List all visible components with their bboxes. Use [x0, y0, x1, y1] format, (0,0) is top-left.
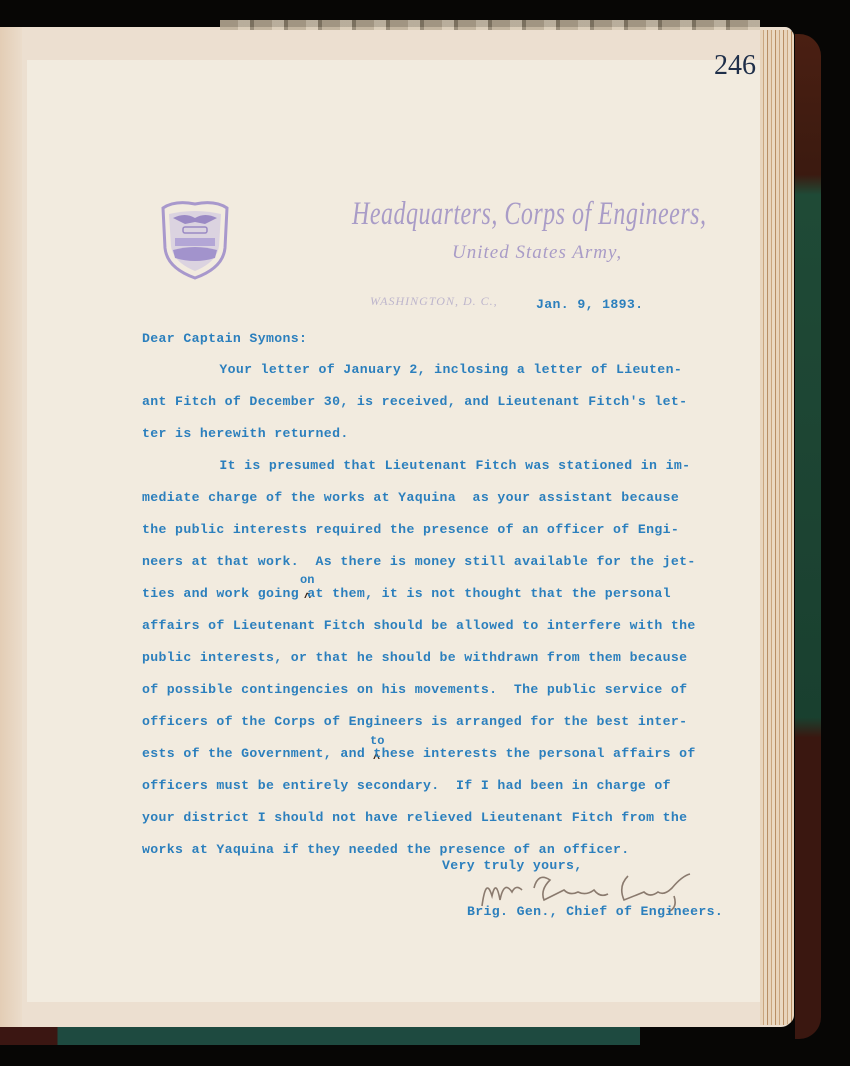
torn-page-edge [220, 20, 760, 30]
letter-line: officers must be entirely secondary. If … [142, 778, 671, 793]
letter-line: of possible contingencies on his movemen… [142, 682, 687, 697]
letter-line: your district I should not have relieved… [142, 810, 687, 825]
letter-line: the public interests required the presen… [142, 522, 679, 537]
letterhead-title: Headquarters, Corps of Engineers, [352, 197, 707, 233]
corps-of-engineers-seal-icon [155, 198, 235, 282]
letter-line: ter is herewith returned. [142, 426, 349, 441]
letter-line: ant Fitch of December 30, is received, a… [142, 394, 687, 409]
letter-line: It is presumed that Lieutenant Fitch was… [178, 458, 690, 473]
signer-title: Brig. Gen., Chief of Engineers. [467, 904, 723, 919]
letterhead-subtitle: United States Army, [452, 242, 622, 264]
letterhead-place: WASHINGTON, D. C., [370, 294, 498, 309]
letter-line: works at Yaquina if they needed the pres… [142, 842, 630, 857]
salutation: Dear Captain Symons: [142, 331, 307, 346]
letter-line: public interests, or that he should be w… [142, 650, 687, 665]
book-binding-bottom [0, 1027, 640, 1045]
book-binding-right [795, 34, 821, 1039]
letter-line: officers of the Corps of Engineers is ar… [142, 714, 687, 729]
letter-line: ties and work going at them, it is not t… [142, 586, 671, 601]
letter-line: ests of the Government, and these intere… [142, 746, 696, 761]
letter-line: mediate charge of the works at Yaquina a… [142, 490, 679, 505]
handwritten-insertion: on [300, 573, 314, 587]
letter-line: Your letter of January 2, inclosing a le… [178, 362, 682, 377]
letter-line: neers at that work. As there is money st… [142, 554, 696, 569]
page-gutter [0, 27, 22, 1027]
page-stack-edge [760, 30, 794, 1025]
page-number: 246 [714, 50, 756, 82]
letter-line: affairs of Lieutenant Fitch should be al… [142, 618, 696, 633]
letter-date: Jan. 9, 1893. [536, 297, 643, 312]
